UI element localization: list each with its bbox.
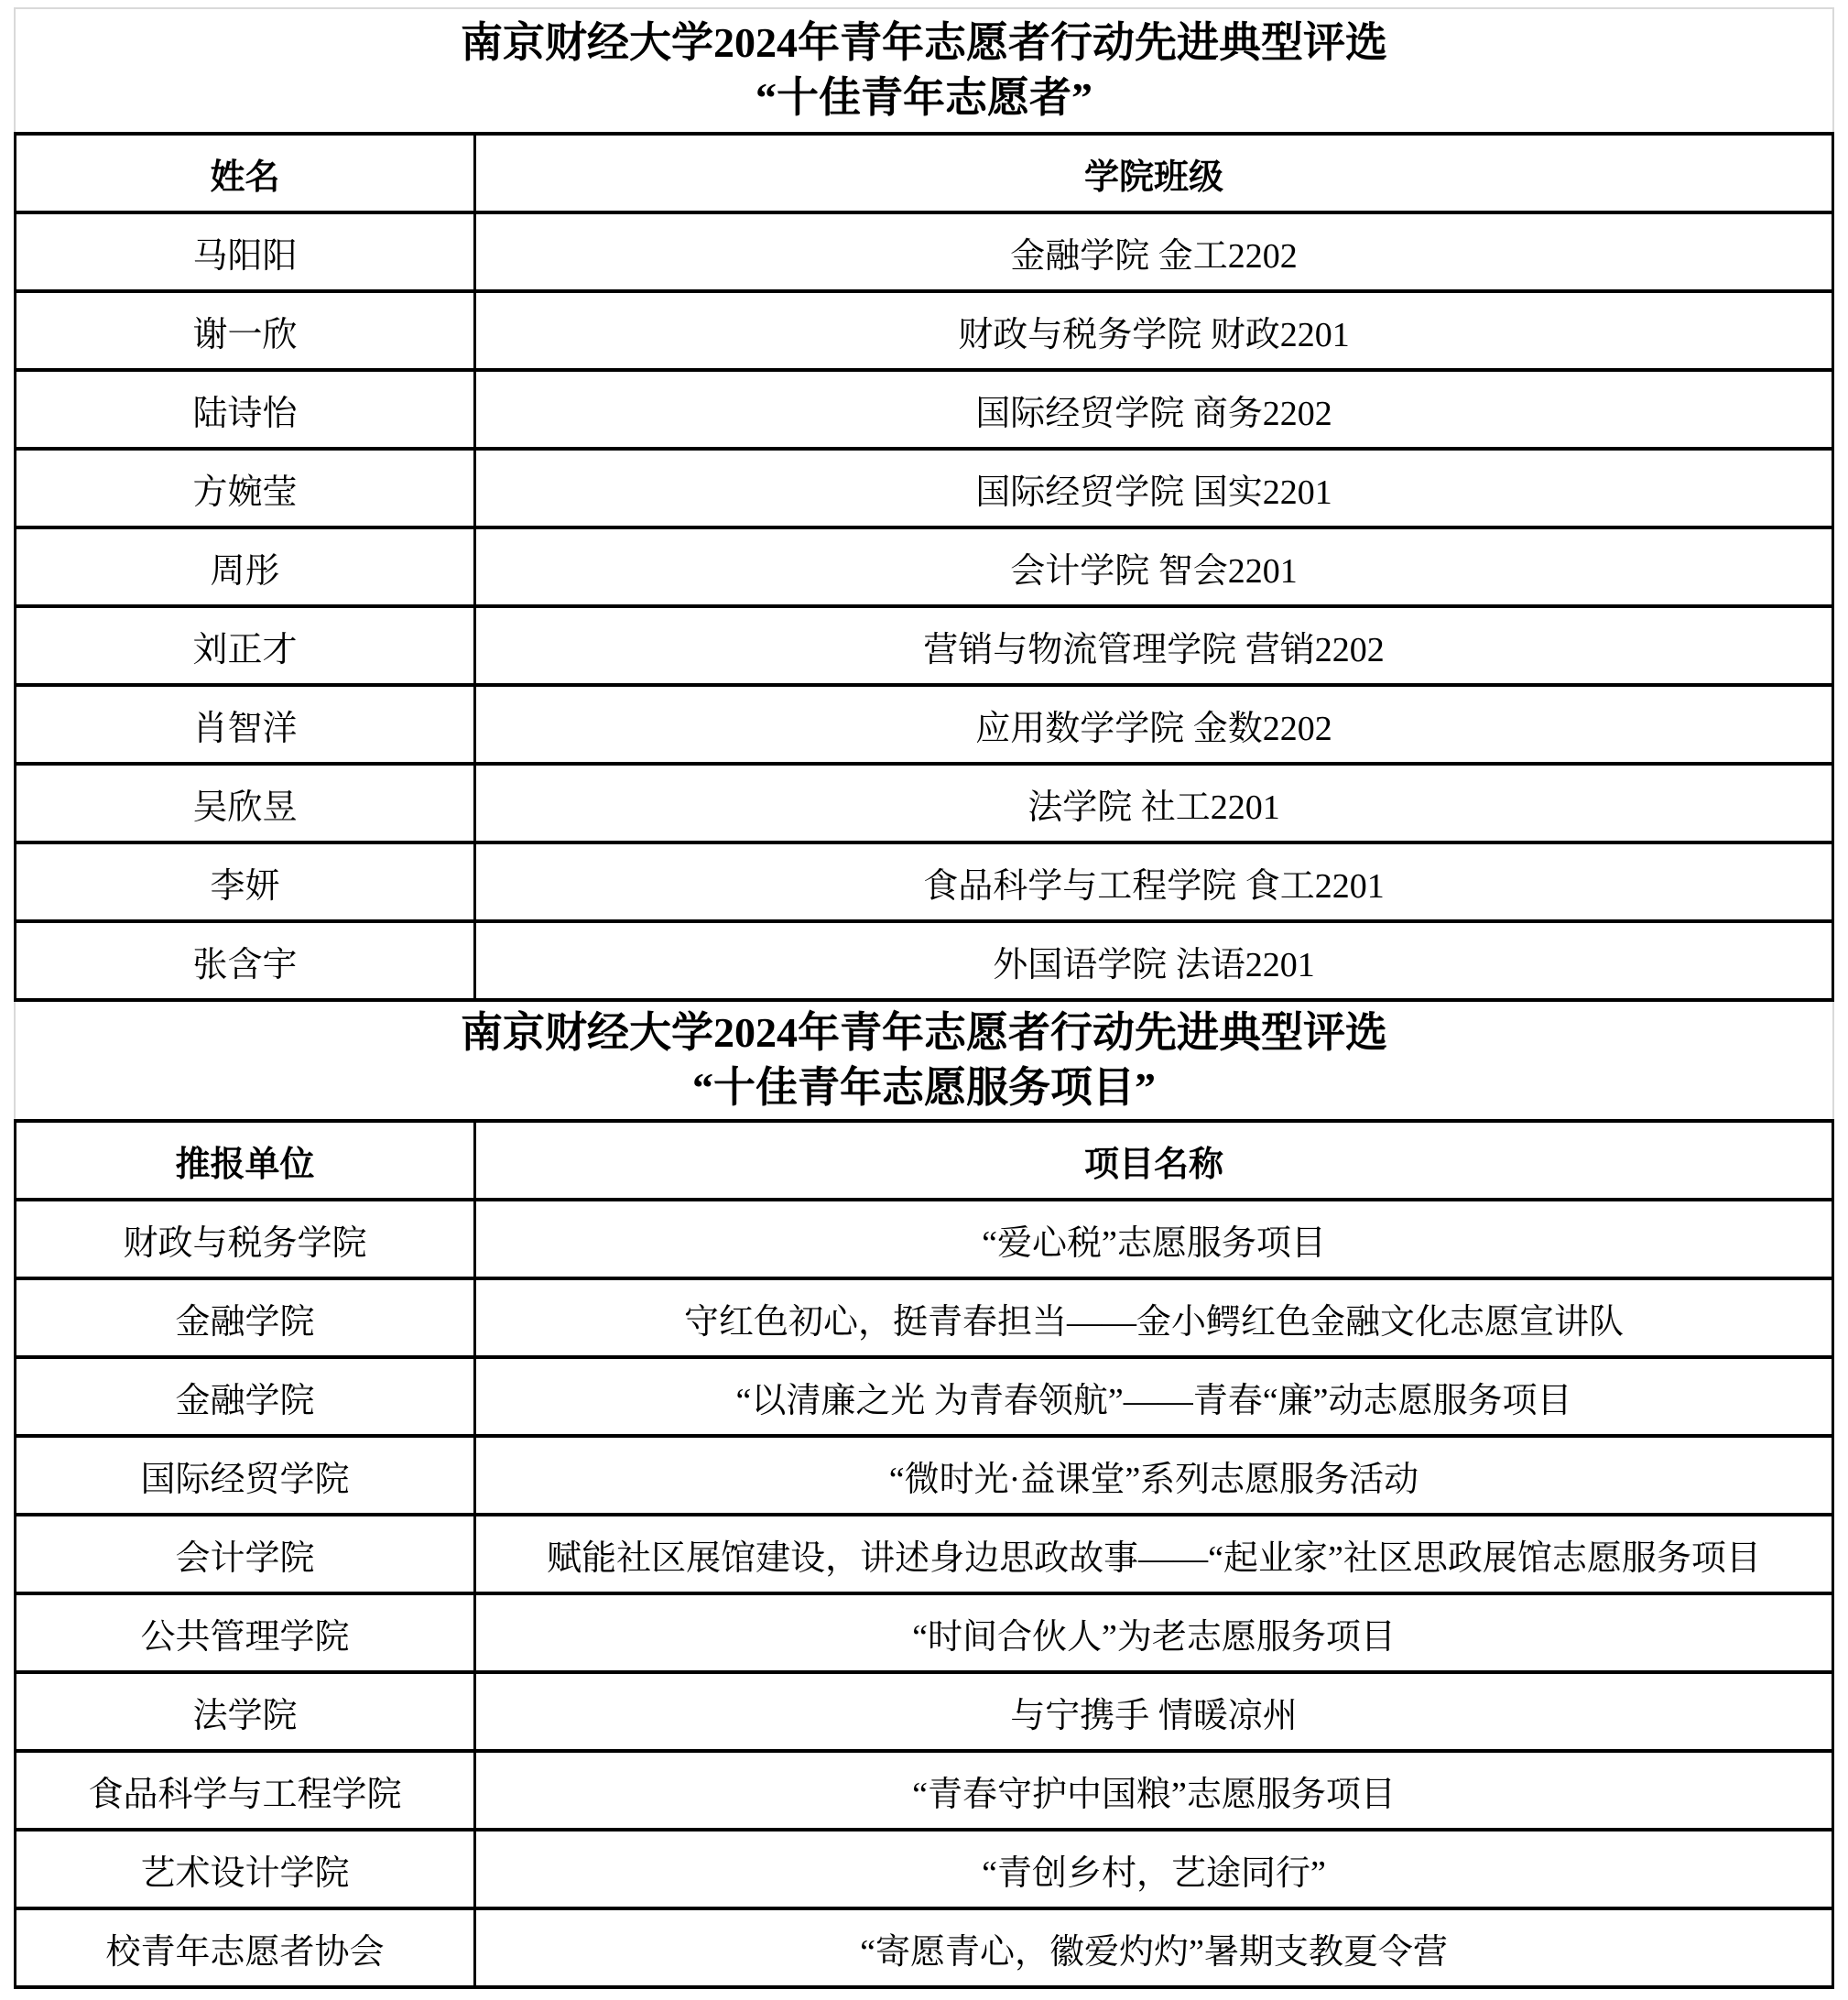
project-name-cell: “爱心税”志愿服务项目 bbox=[475, 1200, 1833, 1278]
table-row: 校青年志愿者协会“寄愿青心，徽爱灼灼”暑期支教夏令营 bbox=[16, 1908, 1833, 1987]
college-class-cell: 会计学院 智会2201 bbox=[475, 527, 1833, 606]
project-name-cell: “青春守护中国粮”志愿服务项目 bbox=[475, 1751, 1833, 1830]
name-cell: 肖智洋 bbox=[16, 685, 475, 764]
table-row: 金融学院守红色初心，挺青春担当——金小鳄红色金融文化志愿宣讲队 bbox=[16, 1278, 1833, 1357]
unit-cell: 校青年志愿者协会 bbox=[16, 1908, 475, 1987]
college-class-cell: 法学院 社工2201 bbox=[475, 764, 1833, 842]
name-cell: 张含宇 bbox=[16, 921, 475, 1000]
table-row: 肖智洋应用数学学院 金数2202 bbox=[16, 685, 1833, 764]
table-row: 艺术设计学院“青创乡村，艺途同行” bbox=[16, 1830, 1833, 1908]
project-name-cell: 与宁携手 情暖凉州 bbox=[475, 1672, 1833, 1751]
name-cell: 陆诗怡 bbox=[16, 370, 475, 449]
college-class-cell: 金融学院 金工2202 bbox=[475, 212, 1833, 291]
section2-title-line2: “十佳青年志愿服务项目” bbox=[16, 1060, 1832, 1115]
name-cell: 吴欣昱 bbox=[16, 764, 475, 842]
name-cell: 刘正才 bbox=[16, 606, 475, 685]
table-row: 法学院与宁携手 情暖凉州 bbox=[16, 1672, 1833, 1751]
college-class-cell: 营销与物流管理学院 营销2202 bbox=[475, 606, 1833, 685]
unit-cell: 食品科学与工程学院 bbox=[16, 1751, 475, 1830]
header-row: 推报单位项目名称 bbox=[16, 1121, 1833, 1200]
college-class-cell: 国际经贸学院 商务2202 bbox=[475, 370, 1833, 449]
project-name-cell: 守红色初心，挺青春担当——金小鳄红色金融文化志愿宣讲队 bbox=[475, 1278, 1833, 1357]
section1-title-line2: “十佳青年志愿者” bbox=[16, 71, 1832, 125]
projects-table: 推报单位项目名称财政与税务学院“爱心税”志愿服务项目金融学院守红色初心，挺青春担… bbox=[14, 1119, 1834, 1989]
name-cell: 李妍 bbox=[16, 842, 475, 921]
college-class-cell: 食品科学与工程学院 食工2201 bbox=[475, 842, 1833, 921]
header-row: 姓名学院班级 bbox=[16, 134, 1833, 212]
name-cell: 谢一欣 bbox=[16, 291, 475, 370]
project-name-cell: 赋能社区展馆建设，讲述身边思政故事——“起业家”社区思政展馆志愿服务项目 bbox=[475, 1515, 1833, 1593]
unit-header: 推报单位 bbox=[16, 1121, 475, 1200]
unit-cell: 法学院 bbox=[16, 1672, 475, 1751]
college-class-header: 学院班级 bbox=[475, 134, 1833, 212]
name-cell: 周彤 bbox=[16, 527, 475, 606]
project-name-cell: “微时光·益课堂”系列志愿服务活动 bbox=[475, 1436, 1833, 1515]
college-class-cell: 应用数学学院 金数2202 bbox=[475, 685, 1833, 764]
table-row: 陆诗怡国际经贸学院 商务2202 bbox=[16, 370, 1833, 449]
unit-cell: 会计学院 bbox=[16, 1515, 475, 1593]
table-row: 食品科学与工程学院“青春守护中国粮”志愿服务项目 bbox=[16, 1751, 1833, 1830]
table-row: 公共管理学院“时间合伙人”为老志愿服务项目 bbox=[16, 1593, 1833, 1672]
project-name-cell: “青创乡村，艺途同行” bbox=[475, 1830, 1833, 1908]
document-sheet: 南京财经大学2024年青年志愿者行动先进典型评选 “十佳青年志愿者” 姓名学院班… bbox=[0, 0, 1848, 1989]
unit-cell: 金融学院 bbox=[16, 1357, 475, 1436]
table-row: 刘正才营销与物流管理学院 营销2202 bbox=[16, 606, 1833, 685]
project-name-cell: “以清廉之光 为青春领航”——青春“廉”动志愿服务项目 bbox=[475, 1357, 1833, 1436]
table-row: 马阳阳金融学院 金工2202 bbox=[16, 212, 1833, 291]
project-name-header: 项目名称 bbox=[475, 1121, 1833, 1200]
project-name-cell: “时间合伙人”为老志愿服务项目 bbox=[475, 1593, 1833, 1672]
unit-cell: 艺术设计学院 bbox=[16, 1830, 475, 1908]
name-header: 姓名 bbox=[16, 134, 475, 212]
unit-cell: 财政与税务学院 bbox=[16, 1200, 475, 1278]
section2-title: 南京财经大学2024年青年志愿者行动先进典型评选 “十佳青年志愿服务项目” bbox=[14, 1002, 1834, 1119]
project-name-cell: “寄愿青心，徽爱灼灼”暑期支教夏令营 bbox=[475, 1908, 1833, 1987]
college-class-cell: 外国语学院 法语2201 bbox=[475, 921, 1833, 1000]
college-class-cell: 国际经贸学院 国实2201 bbox=[475, 449, 1833, 527]
table-row: 吴欣昱法学院 社工2201 bbox=[16, 764, 1833, 842]
unit-cell: 国际经贸学院 bbox=[16, 1436, 475, 1515]
table-row: 张含宇外国语学院 法语2201 bbox=[16, 921, 1833, 1000]
table-row: 谢一欣财政与税务学院 财政2201 bbox=[16, 291, 1833, 370]
section1-title-line1: 南京财经大学2024年青年志愿者行动先进典型评选 bbox=[16, 16, 1832, 71]
table-row: 方婉莹国际经贸学院 国实2201 bbox=[16, 449, 1833, 527]
unit-cell: 公共管理学院 bbox=[16, 1593, 475, 1672]
volunteers-table: 姓名学院班级马阳阳金融学院 金工2202谢一欣财政与税务学院 财政2201陆诗怡… bbox=[14, 132, 1834, 1002]
table-row: 周彤会计学院 智会2201 bbox=[16, 527, 1833, 606]
section2-title-line1: 南京财经大学2024年青年志愿者行动先进典型评选 bbox=[16, 1005, 1832, 1060]
college-class-cell: 财政与税务学院 财政2201 bbox=[475, 291, 1833, 370]
name-cell: 方婉莹 bbox=[16, 449, 475, 527]
unit-cell: 金融学院 bbox=[16, 1278, 475, 1357]
name-cell: 马阳阳 bbox=[16, 212, 475, 291]
table-row: 金融学院“以清廉之光 为青春领航”——青春“廉”动志愿服务项目 bbox=[16, 1357, 1833, 1436]
table-row: 会计学院赋能社区展馆建设，讲述身边思政故事——“起业家”社区思政展馆志愿服务项目 bbox=[16, 1515, 1833, 1593]
table-row: 李妍食品科学与工程学院 食工2201 bbox=[16, 842, 1833, 921]
section1-title: 南京财经大学2024年青年志愿者行动先进典型评选 “十佳青年志愿者” bbox=[14, 7, 1834, 132]
table-row: 国际经贸学院“微时光·益课堂”系列志愿服务活动 bbox=[16, 1436, 1833, 1515]
table-row: 财政与税务学院“爱心税”志愿服务项目 bbox=[16, 1200, 1833, 1278]
